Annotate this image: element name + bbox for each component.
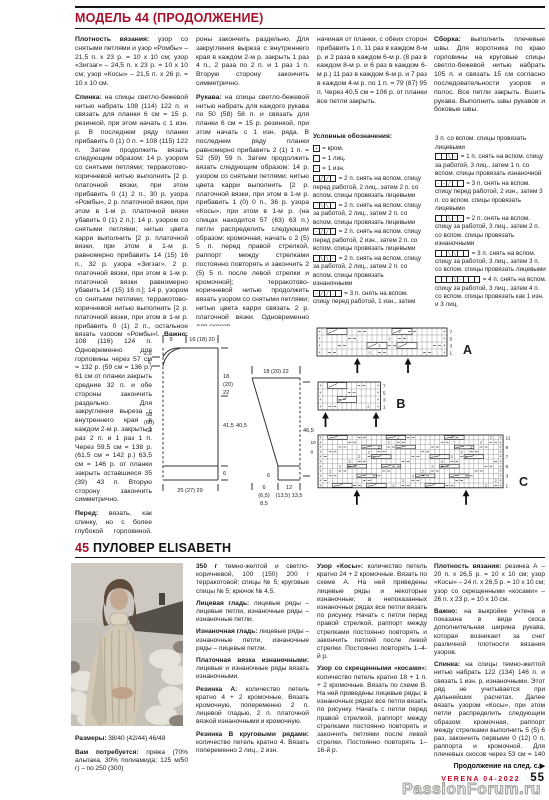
svg-text:41,5: 41,5 [223, 423, 234, 429]
instructions-column-3: начиная от планки, с обеих сторон прибав… [317, 36, 427, 132]
svg-text:8,5: 8,5 [260, 501, 268, 507]
model-photo [71, 563, 183, 726]
svg-text:2: 2 [379, 344, 381, 348]
paragraph: Спинка: на спицы светло-бежевой нитью на… [75, 94, 188, 336]
stitch-symbol-icon [313, 155, 320, 162]
svg-text:11: 11 [506, 435, 511, 441]
svg-text:12: 12 [286, 485, 292, 491]
svg-text:A: A [463, 343, 472, 357]
paragraph: Важно: на выкройке учтена и показана в в… [434, 608, 545, 657]
svg-text:2: 2 [367, 405, 369, 409]
svg-text:2: 2 [349, 460, 351, 464]
legend-entry: + = кром. [313, 145, 421, 153]
paragraph: Изнаночная гладь: лицевые ряды – изнаноч… [196, 628, 309, 653]
paragraph: Резинка В круговыми рядами: количество п… [196, 731, 309, 756]
svg-text:40,5: 40,5 [236, 423, 247, 429]
paragraph: Узор со скрещенными «косами»: количество… [317, 665, 427, 755]
stitch-symbol-icon: -╱╱ [313, 290, 342, 297]
paragraph: Резинка А: количество петель кратно 4 + … [196, 686, 309, 727]
svg-text:B: B [396, 397, 405, 411]
arrow-right-icon: ▶ [540, 763, 545, 770]
svg-text:+: + [318, 329, 321, 334]
svg-text:25 (27) 29: 25 (27) 29 [177, 488, 203, 494]
svg-text:+: + [319, 483, 322, 488]
paragraph: Размеры: 38/40 (42/44) 46/48 [75, 735, 188, 743]
svg-text:+: + [319, 397, 322, 402]
paragraph: Лицевая гладь: лицевые ряды – лицевые пе… [196, 600, 309, 625]
stitch-symbol-icon: -╱╱ [313, 228, 336, 235]
svg-text:2: 2 [368, 450, 370, 454]
legend-column-right: 3 п. со вспом. спицы провязать лицевыми╲… [435, 135, 547, 311]
svg-text:58: 58 [146, 412, 152, 418]
legend-entry: -╱╱ = 3 п. снять на вспом. спицу перед р… [313, 290, 421, 307]
paragraph: Рукава: на спицы светло-бежевой нитью на… [196, 94, 309, 326]
materials-column-2: 350 г темно-желтой и светло-коричневой, … [196, 563, 309, 793]
stitch-symbol-icon: ╲- [435, 153, 458, 160]
svg-text:2: 2 [485, 484, 487, 488]
paragraph: Вам потребуется: пряжа (70% альпака, 30%… [75, 749, 188, 774]
chart-A: +2++2++2++2+7531A [317, 328, 472, 373]
stitch-symbol-icon: --╱ [435, 180, 464, 187]
stitch-symbol-icon: - [313, 165, 320, 172]
chart-B: +++++++2+7531B [318, 382, 405, 427]
section-44-title: МОДЕЛЬ 44 (ПРОДОЛЖЕНИЕ) [75, 11, 264, 25]
svg-text:+: + [377, 390, 380, 395]
svg-text:+: + [319, 404, 322, 409]
legend-entry: 3 п. со вспом. спицы провязать лицевыми [435, 135, 547, 152]
paragraph: Спинка: на спицы темно-желтой нитью набр… [434, 661, 545, 759]
svg-text:18: 18 [223, 374, 229, 380]
svg-text:2: 2 [431, 465, 433, 469]
paragraph: роны закончить раздельно. Для закруглени… [196, 36, 309, 89]
instructions-column-1: Плотность вязания: узор со снятыми петля… [75, 36, 188, 336]
svg-text:+: + [443, 329, 446, 334]
svg-text:16 (18) 20: 16 (18) 20 [189, 337, 215, 343]
svg-text:2: 2 [451, 455, 453, 459]
svg-text:2: 2 [389, 337, 391, 341]
svg-text:22: 22 [223, 390, 229, 396]
pattern-column-4: Плотность вязания: резинка А – 20 п. x 2… [434, 563, 545, 759]
legend-entry: ╲- = 4 п. снять на вспом. спицу за работ… [435, 276, 547, 309]
svg-text:2: 2 [369, 351, 371, 355]
paragraph: Узор «Косы»: количество петель кратно 24… [317, 563, 427, 661]
svg-text:62: 62 [146, 428, 152, 434]
svg-text:+: + [443, 343, 446, 348]
svg-text:9: 9 [169, 337, 172, 343]
section-45-title: 45 ПУЛОВЕР ELISABETH [75, 541, 231, 555]
svg-text:2: 2 [490, 436, 492, 440]
watermark: PassionForum.ru [402, 781, 541, 799]
svg-text:7: 7 [383, 383, 386, 389]
svg-text:8: 8 [311, 450, 314, 456]
stitch-symbol-icon: + [313, 145, 320, 152]
svg-text:2: 2 [388, 441, 390, 445]
svg-text:2: 2 [461, 450, 463, 454]
svg-text:+: + [377, 383, 380, 388]
svg-text:3: 3 [383, 397, 386, 403]
instructions-column-4: Сборка: выполнить плечевые швы. Для воро… [434, 36, 545, 132]
pattern-column-3: Узор «Косы»: количество петель кратно 24… [317, 563, 427, 768]
instructions-column-2: роны закончить раздельно. Для закруглени… [196, 36, 309, 326]
stitch-symbol-icon: ╲╲ [435, 250, 469, 257]
svg-text:2: 2 [422, 470, 424, 474]
legend-entry: -╱╱ = 2 п. снять на вспом. спицу перед р… [313, 228, 421, 253]
svg-text:+: + [318, 336, 321, 341]
svg-text:5: 5 [383, 390, 386, 396]
svg-text:2: 2 [392, 484, 394, 488]
svg-text:10: 10 [311, 440, 317, 446]
svg-text:2: 2 [397, 436, 399, 440]
svg-text:2: 2 [402, 479, 404, 483]
materials-column-1: Вам потребуется: пряжа (70% альпака, 30%… [75, 749, 188, 791]
svg-text:1: 1 [506, 483, 509, 489]
continuation-text: Продолжение на след. с. [454, 763, 540, 770]
svg-text:(20): (20) [223, 382, 233, 388]
svg-text:+: + [319, 390, 322, 395]
paragraph: 350 г темно-желтой и светло-коричневой, … [196, 563, 309, 596]
svg-text:5: 5 [450, 336, 453, 342]
stitch-symbol-icon: ╲-- [435, 215, 464, 222]
stitch-symbol-icon: ╲- [435, 276, 480, 283]
magazine-page: { "page": { "title44": "МОДЕЛЬ 44 (ПРОДО… [0, 0, 549, 800]
legend-entry: ╲╲ = 3 п. снять на вспом. спицу за работ… [435, 250, 547, 275]
svg-text:6: 6 [262, 485, 265, 491]
stitch-symbol-icon: ╱╱ [313, 175, 336, 182]
svg-text:3: 3 [506, 474, 509, 480]
symbol-legend: Условные обозначения: + = кром. = 1 лиц.… [313, 133, 547, 345]
paragraph: Платочная вязка изнаночными: лицевые и и… [196, 657, 309, 682]
pattern-schematic: 9 16 (18) 20 2,5 5 58 (60) 62 18 (20) 22… [140, 326, 322, 532]
svg-text:+: + [443, 336, 446, 341]
svg-text:+: + [377, 404, 380, 409]
stitch-symbol-icon: ╲╲- [313, 255, 336, 262]
paragraph: Плотность вязания: резинка А – 20 п. x 2… [434, 563, 545, 604]
svg-text:+: + [318, 350, 321, 355]
svg-text:5: 5 [148, 360, 151, 366]
svg-text:+: + [318, 343, 321, 348]
svg-text:+: + [319, 383, 322, 388]
svg-text:2,5: 2,5 [144, 351, 152, 357]
svg-text:+: + [377, 397, 380, 402]
svg-text:18 (20) 22: 18 (20) 22 [263, 369, 289, 375]
legend-column-left: + = кром. = 1 лиц.- = 1 изн.╱╱ = 2 п. сн… [313, 145, 421, 308]
svg-text:2: 2 [378, 446, 380, 450]
svg-text:2: 2 [495, 479, 497, 483]
svg-text:2: 2 [412, 474, 414, 478]
svg-text:+: + [499, 483, 502, 488]
svg-text:1: 1 [450, 350, 453, 356]
legend-entry: = 1 лиц. [313, 155, 421, 163]
chart-C: +22++22++22++22++22++22++22++22++2++22++… [311, 435, 529, 505]
svg-text:7: 7 [450, 329, 453, 335]
svg-text:1: 1 [383, 404, 386, 410]
svg-text:2: 2 [358, 455, 360, 459]
legend-entry: ╲-- = 2 п. снять на вспом. спицу за рабо… [435, 215, 547, 248]
svg-text:5: 5 [506, 464, 509, 470]
svg-text:2: 2 [329, 470, 331, 474]
svg-text:2: 2 [441, 460, 443, 464]
section-45-underline [75, 557, 545, 558]
paragraph: Плотность вязания: узор со снятыми петля… [75, 36, 188, 89]
knitting-charts: +2++2++2++2+7531A+++++++2+7531B+22++22++… [308, 322, 549, 518]
svg-text:+: + [443, 350, 446, 355]
svg-text:(60): (60) [144, 420, 154, 426]
svg-text:C: C [519, 475, 528, 489]
section-44-underline [75, 28, 545, 29]
svg-text:2: 2 [480, 441, 482, 445]
legend-entry: - = 1 изн. [313, 165, 421, 173]
legend-entry: ╲╲- = 2 п. снять на вспом. спицу за рабо… [313, 255, 421, 288]
legend-entry: --╱ = 3 п. снять на вспом. спицу перед р… [435, 180, 547, 213]
svg-text:6: 6 [267, 473, 270, 479]
legend-entry: ╲╲ = 2 п. снять на вспом. спицу за работ… [313, 202, 421, 227]
svg-text:3: 3 [450, 343, 453, 349]
model-number: 45 [75, 541, 89, 555]
svg-text:(6,5): (6,5) [258, 493, 270, 499]
svg-text:6: 6 [223, 471, 226, 477]
legend-entry: ╲- = 1 п. снять на вспом. спицу за работ… [435, 153, 547, 178]
legend-entry: ╱╱ = 2 п. снять на вспом. спицу перед ра… [313, 175, 421, 200]
svg-text:9: 9 [506, 445, 509, 451]
paragraph: Сборка: выполнить плечевые швы. Для воро… [434, 36, 545, 115]
svg-text:7: 7 [506, 455, 509, 461]
svg-text:2: 2 [399, 330, 401, 334]
paragraph: начиная от планки, с обеих сторон прибав… [317, 36, 427, 106]
continuation-note: Продолжение на след. с.▶ [400, 762, 545, 770]
svg-text:2: 2 [339, 465, 341, 469]
model-name: ПУЛОВЕР ELISABETH [93, 541, 231, 555]
svg-text:2: 2 [470, 446, 472, 450]
top-rule [75, 6, 545, 8]
stitch-symbol-icon: ╲╲ [313, 202, 336, 209]
sizes-line: Размеры: 38/40 (42/44) 46/48 [75, 735, 188, 747]
svg-text:(13,5) 13,5: (13,5) 13,5 [275, 493, 302, 499]
